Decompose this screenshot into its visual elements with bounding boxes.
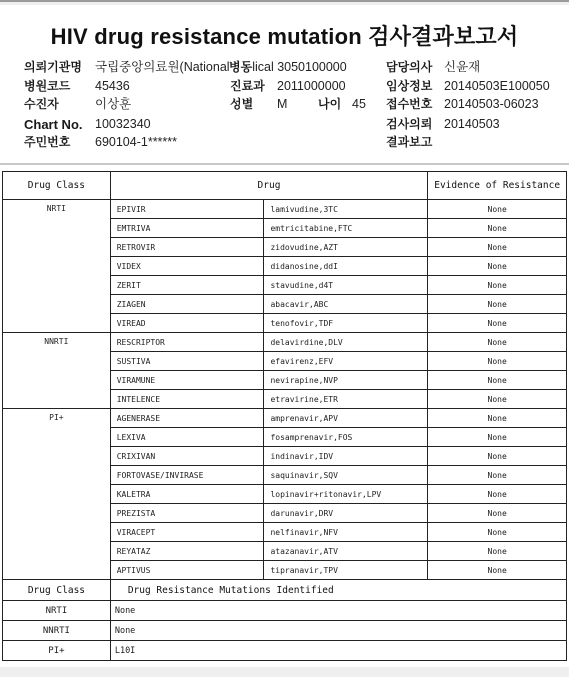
info-request: 검사의뢰 [386,115,432,134]
info-label: 임상정보 [386,79,432,93]
info-value: lical 3050100000 [252,60,347,74]
generic-name: amprenavir,APV [264,409,428,428]
info-doctor: 담당의사 [386,58,432,77]
info-label: 담당의사 [386,60,432,74]
evidence-value: None [428,238,567,257]
evidence-value: None [428,523,567,542]
resistance-table: Drug Class Drug Evidence of Resistance N… [2,171,567,580]
info-value: 690104-1****** [95,135,177,149]
info-label: 결과보고 [386,135,432,149]
evidence-value: None [428,333,567,352]
info-id-value: 690104-1****** [95,133,177,152]
evidence-value: None [428,276,567,295]
info-institution-value: 국립중앙의료원(National [95,58,230,77]
table-header-row: Drug Class Drug Evidence of Resistance [3,172,567,200]
info-value: 이상훈 [95,97,131,111]
header-drug-class: Drug Class [3,580,111,601]
info-label: 검사의뢰 [386,117,432,131]
brand-name: VIREAD [110,314,264,333]
info-hospital-code: 병원코드 [24,77,70,96]
info-value: 45 [352,97,366,111]
info-dept: 진료과 [230,77,265,96]
brand-name: EMTRIVA [110,219,264,238]
table-row: NNRTI RESCRIPTOR delavirdine,DLV None [3,333,567,352]
table-row: PI+ L10I [3,641,567,661]
brand-name: CRIXIVAN [110,447,264,466]
brand-name: VIRAMUNE [110,371,264,390]
generic-name: zidovudine,AZT [264,238,428,257]
brand-name: VIRACEPT [110,523,264,542]
brand-name: ZERIT [110,276,264,295]
brand-name: INTELENCE [110,390,264,409]
brand-name: FORTOVASE/INVIRASE [110,466,264,485]
drug-class-cell: PI+ [3,641,111,661]
generic-name: fosamprenavir,FOS [264,428,428,447]
info-value: 2011000000 [277,79,346,93]
info-chart-value: 10032340 [95,115,151,134]
header-drug-class: Drug Class [3,172,111,200]
info-label: 병원코드 [24,79,70,93]
info-label: 주민번호 [24,135,70,149]
brand-name: PREZISTA [110,504,264,523]
evidence-value: None [428,352,567,371]
info-value: 45436 [95,79,130,93]
info-hospital-code-value: 45436 [95,77,130,96]
table-header-row: Drug Class Drug Resistance Mutations Ide… [3,580,567,601]
evidence-value: None [428,561,567,580]
info-request-value: 20140503 [444,115,500,134]
brand-name: LEXIVA [110,428,264,447]
mutations-value: None [110,621,566,641]
info-label: Chart No. [24,117,83,132]
brand-name: KALETRA [110,485,264,504]
evidence-value: None [428,485,567,504]
generic-name: lamivudine,3TC [264,200,428,219]
info-clinical: 임상정보 [386,77,432,96]
evidence-value: None [428,295,567,314]
generic-name: didanosine,ddI [264,257,428,276]
evidence-value: None [428,504,567,523]
info-sex: 성별 [230,95,253,114]
table-row: NNRTI None [3,621,567,641]
info-label: 진료과 [230,79,265,93]
info-dept-value: 2011000000 [277,77,346,96]
info-label: 접수번호 [386,97,432,111]
drug-class-cell: NRTI [3,200,111,333]
info-ward: 병동lical 3050100000 [229,58,347,77]
section-divider [0,163,569,165]
info-value: 20140503 [444,117,500,131]
info-report: 결과보고 [386,133,432,152]
info-label: 의뢰기관명 [24,60,82,74]
generic-name: tenofovir,TDF [264,314,428,333]
brand-name: AGENERASE [110,409,264,428]
generic-name: nevirapine,NVP [264,371,428,390]
evidence-value: None [428,200,567,219]
header-mutations: Drug Resistance Mutations Identified [110,580,566,601]
header-evidence: Evidence of Resistance [428,172,567,200]
drug-class-cell: NNRTI [3,333,111,409]
evidence-value: None [428,428,567,447]
footer-strip [0,667,569,677]
drug-class-cell: PI+ [3,409,111,580]
table-row: NRTI EPIVIR lamivudine,3TC None [3,200,567,219]
info-value: 국립중앙의료원(National [95,60,230,74]
info-age-value: 45 [352,95,366,114]
info-value: M [277,97,287,111]
evidence-value: None [428,409,567,428]
table-row: NRTI None [3,601,567,621]
info-label: 나이 [318,97,341,111]
info-label: 수진자 [24,97,59,111]
brand-name: ZIAGEN [110,295,264,314]
table-row: PI+ AGENERASE amprenavir,APV None [3,409,567,428]
mutation-table: Drug Class Drug Resistance Mutations Ide… [2,579,567,661]
info-chart: Chart No. [24,115,83,135]
window-top-strip [0,2,569,5]
info-sex-value: M [277,95,287,114]
evidence-value: None [428,219,567,238]
info-age: 나이 [318,95,341,114]
generic-name: delavirdine,DLV [264,333,428,352]
info-patient-value: 이상훈 [95,95,131,114]
evidence-value: None [428,257,567,276]
info-value: 10032340 [95,117,151,131]
drug-class-cell: NRTI [3,601,111,621]
generic-name: emtricitabine,FTC [264,219,428,238]
brand-name: EPIVIR [110,200,264,219]
generic-name: atazanavir,ATV [264,542,428,561]
header-drug: Drug [110,172,428,200]
generic-name: lopinavir+ritonavir,LPV [264,485,428,504]
generic-name: stavudine,d4T [264,276,428,295]
evidence-value: None [428,466,567,485]
mutations-value: None [110,601,566,621]
brand-name: VIDEX [110,257,264,276]
info-id: 주민번호 [24,133,70,152]
drug-class-cell: NNRTI [3,621,111,641]
generic-name: nelfinavir,NFV [264,523,428,542]
evidence-value: None [428,314,567,333]
info-value: 20140503E100050 [444,79,550,93]
report-title: HIV drug resistance mutation 검사결과보고서 [0,20,569,51]
mutations-value: L10I [110,641,566,661]
generic-name: indinavir,IDV [264,447,428,466]
info-value: 20140503-06023 [444,97,539,111]
brand-name: RESCRIPTOR [110,333,264,352]
brand-name: RETROVIR [110,238,264,257]
evidence-value: None [428,542,567,561]
generic-name: efavirenz,EFV [264,352,428,371]
info-receipt-value: 20140503-06023 [444,95,539,114]
info-receipt: 접수번호 [386,95,432,114]
evidence-value: None [428,390,567,409]
generic-name: etravirine,ETR [264,390,428,409]
generic-name: abacavir,ABC [264,295,428,314]
info-patient: 수진자 [24,95,59,114]
info-value: 신윤재 [444,60,480,74]
brand-name: APTIVUS [110,561,264,580]
generic-name: darunavir,DRV [264,504,428,523]
evidence-value: None [428,447,567,466]
info-label: 성별 [230,97,253,111]
generic-name: saquinavir,SQV [264,466,428,485]
info-doctor-value: 신윤재 [444,58,480,77]
brand-name: SUSTIVA [110,352,264,371]
brand-name: REYATAZ [110,542,264,561]
generic-name: tipranavir,TPV [264,561,428,580]
evidence-value: None [428,371,567,390]
info-label: 병동 [229,60,252,74]
info-institution: 의뢰기관명 [24,58,82,77]
info-clinical-value: 20140503E100050 [444,77,550,96]
